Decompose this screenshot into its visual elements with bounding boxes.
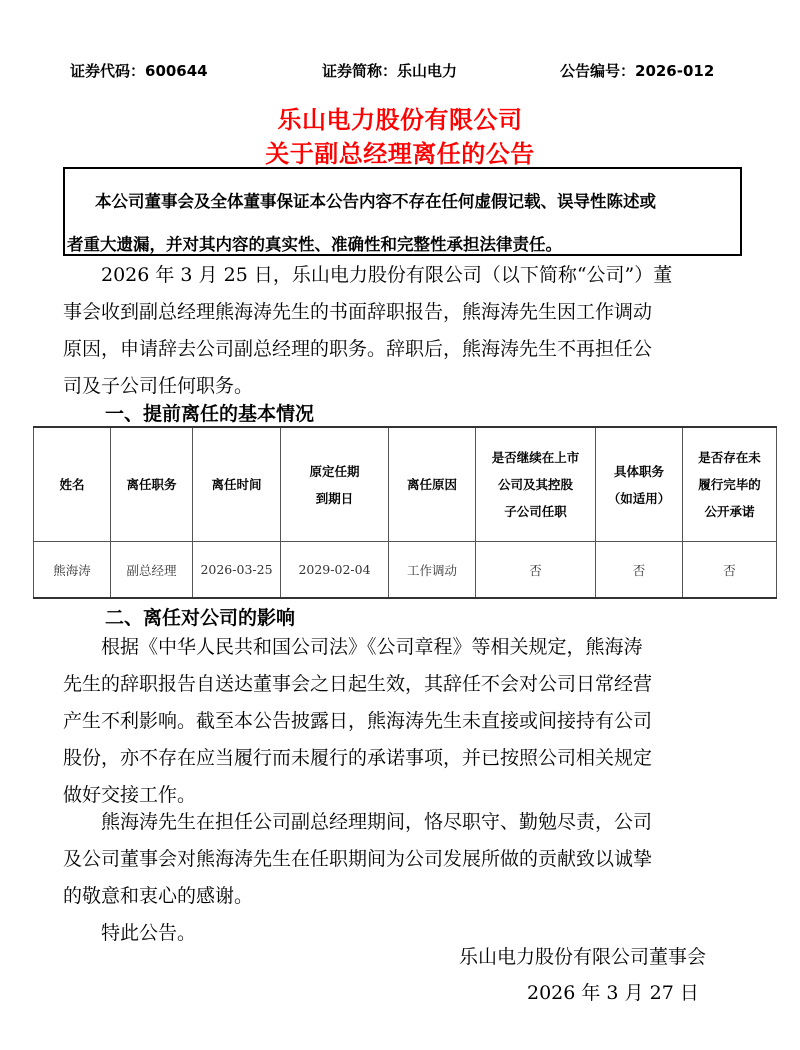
intro-paragraph: 2026 年 3 月 25 日，乐山电力股份有限公司（以下简称“公司”）董 事会… (63, 257, 743, 405)
header-continue-in-company: 是否继续在上市公司及其控股子公司任职 (476, 427, 596, 542)
paragraph-line: 2026 年 3 月 25 日，乐山电力股份有限公司（以下简称“公司”）董 (63, 257, 743, 294)
signature-issuer: 乐山电力股份有限公司董事会 (459, 942, 706, 969)
document-title-subject: 关于副总经理离任的公告 (0, 137, 800, 171)
cell-specific-position: 否 (596, 542, 683, 599)
section-2-heading: 二、离任对公司的影响 (105, 603, 295, 630)
thanks-paragraph: 熊海涛先生在担任公司副总经理期间，恪尽职守、勤勉尽责，公司 及公司董事会对熊海涛… (63, 804, 743, 952)
stock-code: 证券代码：600644 (70, 60, 208, 81)
cell-name: 熊海涛 (34, 542, 111, 599)
header-departure-date: 离任时间 (193, 427, 281, 542)
notice-line-1: 本公司董事会及全体董事保证本公告内容不存在任何虚假记载、误导性陈述或 (95, 188, 656, 212)
cell-unfulfilled-commitments: 否 (683, 542, 777, 599)
announcement-number: 公告编号：2026-012 (560, 60, 714, 81)
paragraph-line: 根据《中华人民共和国公司法》《公司章程》等相关规定，熊海涛 (63, 629, 743, 666)
section-1-heading: 一、提前离任的基本情况 (105, 399, 314, 426)
header-position: 离任职务 (111, 427, 193, 542)
header-departure-reason: 离任原因 (389, 427, 476, 542)
table-header-row: 姓名 离任职务 离任时间 原定任期到期日 离任原因 是否继续在上市公司及其控股子… (34, 427, 777, 542)
paragraph-line: 熊海涛先生在担任公司副总经理期间，恪尽职守、勤勉尽责，公司 (63, 804, 743, 841)
stock-short-name: 证券简称：乐山电力 (322, 60, 457, 81)
paragraph-line: 产生不利影响。截至本公告披露日，熊海涛先生未直接或间接持有公司 (63, 703, 743, 740)
table-row: 熊海涛 副总经理 2026-03-25 2029-02-04 工作调动 否 否 … (34, 542, 777, 599)
paragraph-line: 先生的辞职报告自送达董事会之日起生效，其辞任不会对公司日常经营 (63, 666, 743, 703)
notice-line-2: 者重大遗漏，并对其内容的真实性、准确性和完整性承担法律责任。 (67, 231, 562, 255)
cell-original-term-end: 2029-02-04 (281, 542, 389, 599)
cell-departure-reason: 工作调动 (389, 542, 476, 599)
header-unfulfilled-commitments: 是否存在未履行完毕的公开承诺 (683, 427, 777, 542)
board-guarantee-notice: 本公司董事会及全体董事保证本公告内容不存在任何虚假记载、误导性陈述或 者重大遗漏… (63, 167, 742, 256)
cell-position: 副总经理 (111, 542, 193, 599)
header-name: 姓名 (34, 427, 111, 542)
paragraph-line: 事会收到副总经理熊海涛先生的书面辞职报告，熊海涛先生因工作调动 (63, 294, 743, 331)
document-header: 证券代码：600644 证券简称：乐山电力 公告编号：2026-012 (0, 60, 800, 84)
signature-date: 2026 年 3 月 27 日 (527, 978, 699, 1005)
paragraph-line: 股份，亦不存在应当履行而未履行的承诺事项，并已按照公司相关规定 (63, 740, 743, 777)
cell-continue-in-company: 否 (476, 542, 596, 599)
paragraph-line: 及公司董事会对熊海涛先生在任职期间为公司发展所做的贡献致以诚挚 (63, 841, 743, 878)
document-title-company: 乐山电力股份有限公司 (0, 103, 800, 137)
impact-paragraph: 根据《中华人民共和国公司法》《公司章程》等相关规定，熊海涛 先生的辞职报告自送达… (63, 629, 743, 814)
paragraph-line: 原因，申请辞去公司副总经理的职务。辞职后，熊海涛先生不再担任公 (63, 331, 743, 368)
cell-departure-date: 2026-03-25 (193, 542, 281, 599)
departure-info-table: 姓名 离任职务 离任时间 原定任期到期日 离任原因 是否继续在上市公司及其控股子… (33, 426, 777, 599)
header-specific-position: 具体职务（如适用） (596, 427, 683, 542)
header-original-term-end: 原定任期到期日 (281, 427, 389, 542)
paragraph-line: 的敬意和衷心的感谢。 (63, 878, 743, 915)
